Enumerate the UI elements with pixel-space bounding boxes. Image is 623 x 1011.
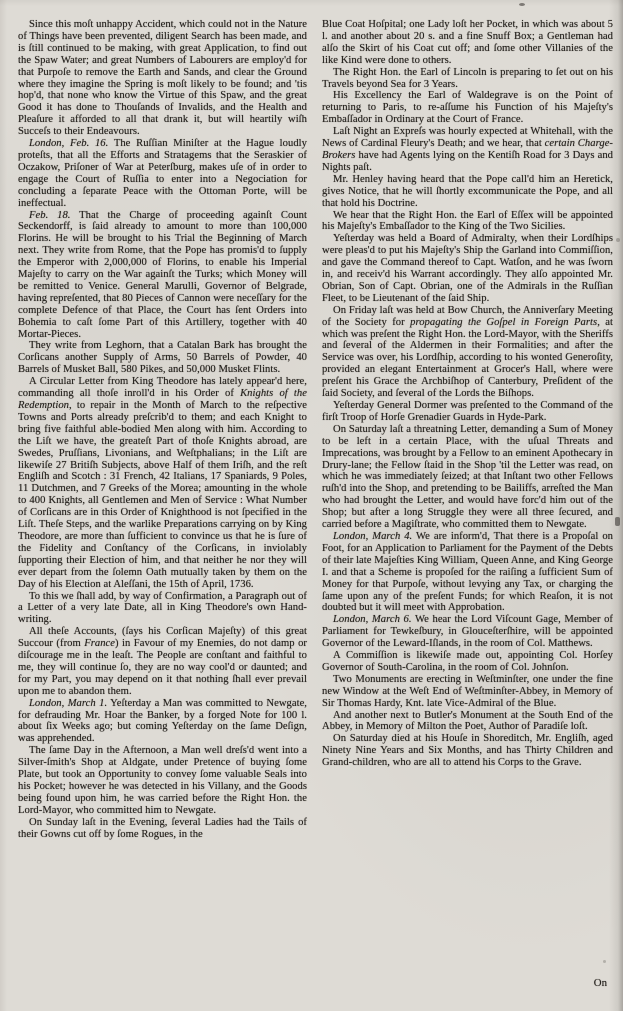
- paragraph: The ſame Day in the Afternoon, a Man wel…: [18, 745, 307, 816]
- body-text: Mr. Henley having heard that the Pope ca…: [322, 174, 613, 209]
- body-text: We are inform'd, That there is a Propoſa…: [322, 531, 613, 613]
- italic-text: Feb. 18.: [29, 210, 70, 221]
- body-text: have had Agents lying on the Kentiſh Roa…: [322, 150, 613, 173]
- body-text: Blue Coat Hoſpital; one Lady loſt her Po…: [322, 19, 613, 66]
- body-text: That the Charge of proceeding againſt Co…: [18, 210, 307, 340]
- right-column: Blue Coat Hoſpital; one Lady loſt her Po…: [322, 19, 613, 997]
- body-text: The ſame Day in the Afternoon, a Man wel…: [18, 745, 307, 816]
- paragraph: Two Monuments are erecting in Weſtminſte…: [322, 674, 613, 710]
- paragraph: All theſe Accounts, (ſays his Corſican M…: [18, 626, 307, 697]
- paragraph: His Excellency the Earl of Waldegrave is…: [322, 90, 613, 126]
- paragraph: They write from Leghorn, that a Catalan …: [18, 340, 307, 376]
- text-columns: Since this moſt unhappy Accident, which …: [18, 19, 613, 997]
- paragraph: London, March 4. We are inform'd, That t…: [322, 531, 613, 614]
- paragraph: Yeſterday General Dormer was preſented t…: [322, 400, 613, 424]
- body-text: To this we ſhall add, by way of Confirma…: [18, 591, 307, 626]
- body-text: We hear that the Right Hon. the Earl of …: [322, 210, 613, 233]
- paragraph: London, March 6. We hear the Lord Viſcou…: [322, 614, 613, 650]
- paragraph: A Circular Letter from King Theodore has…: [18, 376, 307, 590]
- paragraph: London, March 1. Yeſterday a Man was com…: [18, 698, 307, 746]
- body-text: A Commiſſion is likewiſe made out, appoi…: [322, 650, 613, 673]
- ink-speck: [616, 238, 620, 242]
- italic-text: London, March 1.: [29, 698, 107, 709]
- body-text: On Sunday laſt in the Evening, ſeveral L…: [18, 817, 307, 840]
- paragraph: And another next to Butler's Monument at…: [322, 710, 613, 734]
- paragraph: A Commiſſion is likewiſe made out, appoi…: [322, 650, 613, 674]
- paragraph: We hear that the Right Hon. the Earl of …: [322, 210, 613, 234]
- paragraph: Mr. Henley having heard that the Pope ca…: [322, 174, 613, 210]
- italic-text: France: [84, 638, 115, 649]
- newspaper-page: Since this moſt unhappy Accident, which …: [0, 0, 623, 1011]
- paragraph: To this we ſhall add, by way of Confirma…: [18, 591, 307, 627]
- ink-speck: [603, 960, 606, 963]
- paragraph: Laſt Night an Expreſs was hourly expecte…: [322, 126, 613, 174]
- paragraph: On Saturday died at his Houſe in Shoredi…: [322, 733, 613, 769]
- body-text: Since this moſt unhappy Accident, which …: [18, 19, 307, 137]
- paragraph: The Right Hon. the Earl of Lincoln is pr…: [322, 67, 613, 91]
- body-text: They write from Leghorn, that a Catalan …: [18, 340, 307, 375]
- italic-text: London, Feb. 16.: [29, 138, 108, 149]
- body-text: On Saturday died at his Houſe in Shoredi…: [322, 733, 613, 768]
- body-text: , at which was preſent the Right Hon. th…: [322, 317, 613, 399]
- body-text: , to repair in the Month of March to the…: [18, 400, 307, 590]
- paragraph: London, Feb. 16. The Ruſſian Miniſter at…: [18, 138, 307, 209]
- italic-text: London, March 6.: [333, 614, 412, 625]
- italic-text: London, March 4.: [333, 531, 412, 542]
- body-text: And another next to Butler's Monument at…: [322, 710, 613, 733]
- catchword: On: [594, 977, 607, 989]
- ink-speck: [519, 3, 525, 6]
- body-text: The Right Hon. the Earl of Lincoln is pr…: [322, 67, 613, 90]
- body-text: On Saturday laſt a threatning Letter, de…: [322, 424, 613, 530]
- body-text: His Excellency the Earl of Waldegrave is…: [322, 90, 613, 125]
- body-text: Yeſterday General Dormer was preſented t…: [322, 400, 613, 423]
- paragraph: On Friday laſt was held at Bow Church, t…: [322, 305, 613, 400]
- italic-text: propagating the Goſpel in Foreign Parts: [410, 317, 597, 328]
- body-text: Yeſterday was held a Board of Admiralty,…: [322, 233, 613, 304]
- paragraph: On Sunday laſt in the Evening, ſeveral L…: [18, 817, 307, 841]
- paragraph: Yeſterday was held a Board of Admiralty,…: [322, 233, 613, 304]
- paragraph: Blue Coat Hoſpital; one Lady loſt her Po…: [322, 19, 613, 67]
- ink-speck: [615, 517, 620, 526]
- left-column: Since this moſt unhappy Accident, which …: [18, 19, 307, 997]
- paragraph: On Saturday laſt a threatning Letter, de…: [322, 424, 613, 531]
- paragraph: Since this moſt unhappy Accident, which …: [18, 19, 307, 138]
- paragraph: Feb. 18. That the Charge of proceeding a…: [18, 210, 307, 341]
- body-text: Two Monuments are erecting in Weſtminſte…: [322, 674, 613, 709]
